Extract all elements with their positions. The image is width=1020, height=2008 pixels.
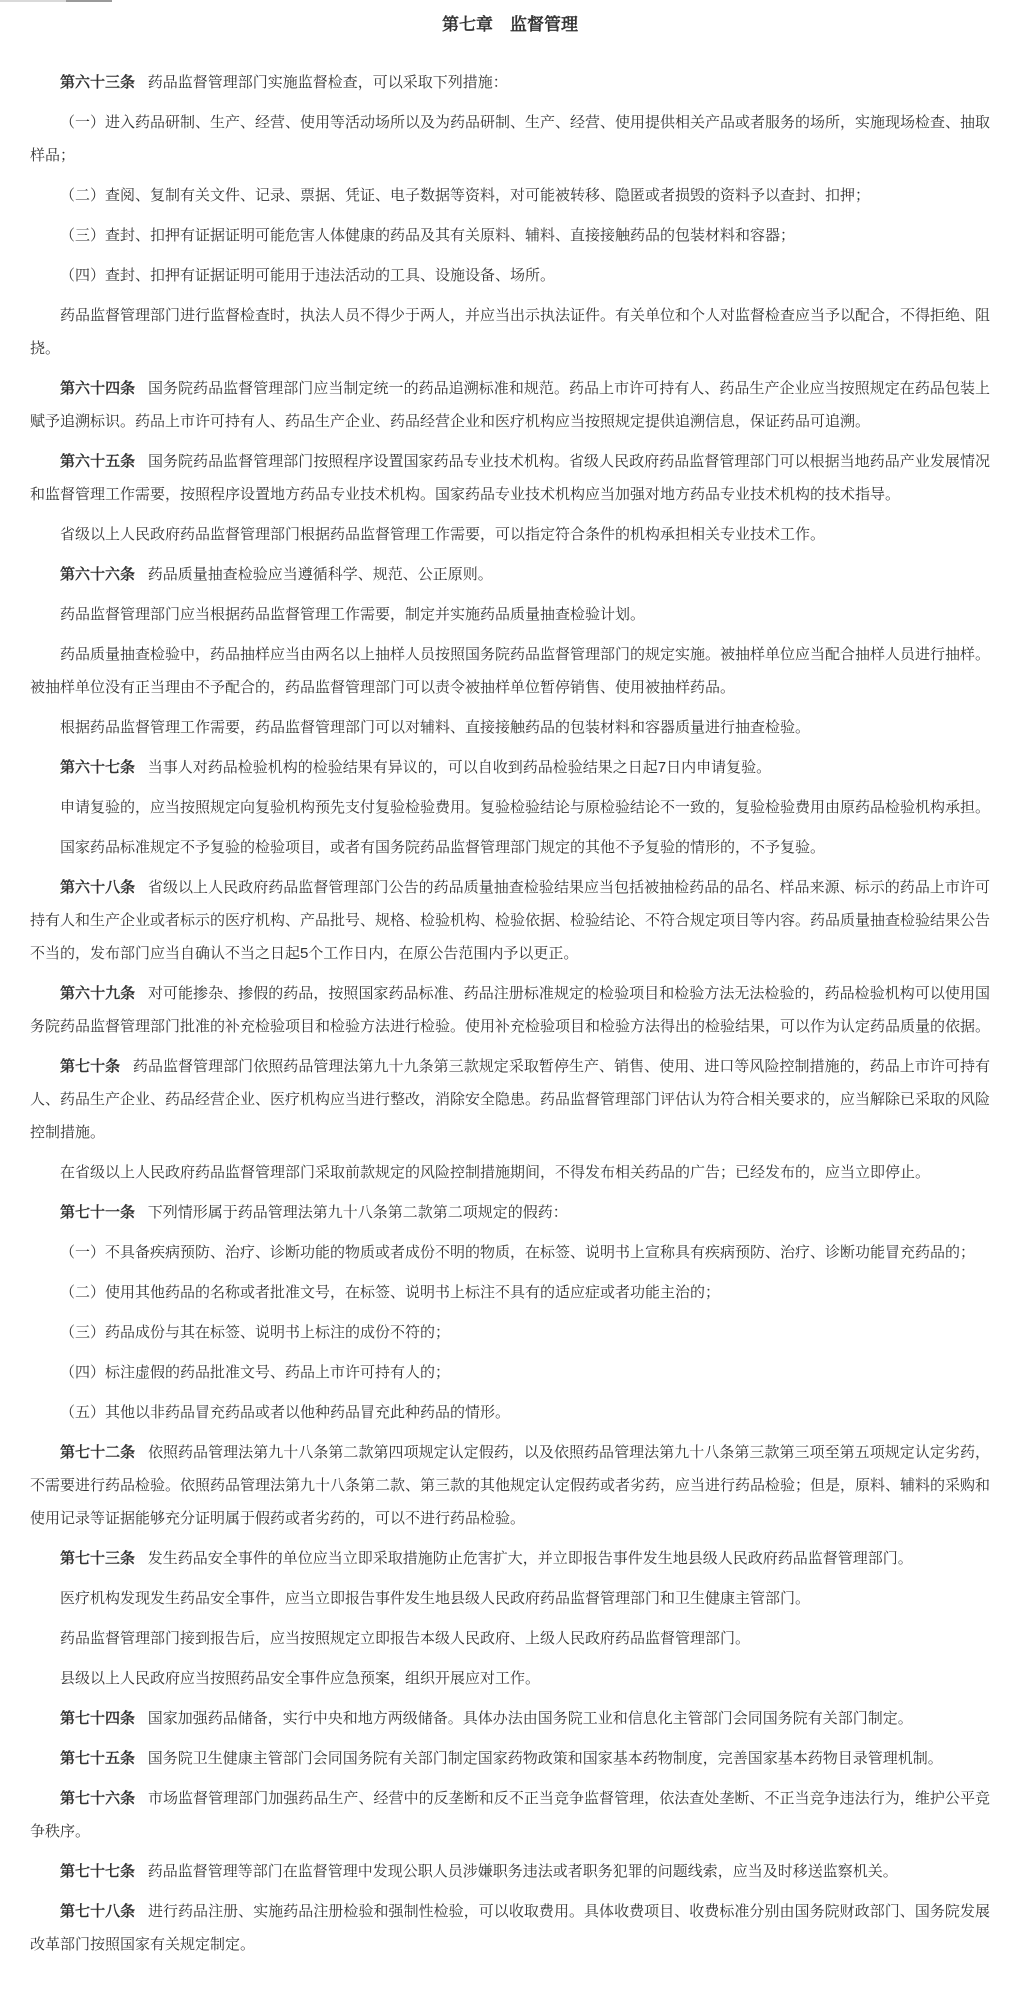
- article-number: 第七十条: [60, 1058, 120, 1075]
- paragraph-text: 国务院药品监督管理部门应当制定统一的药品追溯标准和规范。药品上市许可持有人、药品…: [30, 380, 990, 430]
- paragraph-text: （一）不具备疾病预防、治疗、诊断功能的物质或者成份不明的物质，在标签、说明书上宣…: [60, 1244, 975, 1261]
- article-paragraph: 第六十四条国务院药品监督管理部门应当制定统一的药品追溯标准和规范。药品上市许可持…: [30, 372, 990, 438]
- article-number: 第七十八条: [60, 1903, 135, 1920]
- article-paragraph: 第六十八条省级以上人民政府药品监督管理部门公告的药品质量抽查检验结果应当包括被抽…: [30, 871, 990, 970]
- paragraph: （四）查封、扣押有证据证明可能用于违法活动的工具、设施设备、场所。: [30, 259, 990, 292]
- paragraph: （五）其他以非药品冒充药品或者以他种药品冒充此种药品的情形。: [30, 1396, 990, 1429]
- paragraph-text: （四）查封、扣押有证据证明可能用于违法活动的工具、设施设备、场所。: [60, 267, 555, 284]
- paragraph: 县级以上人民政府应当按照药品安全事件应急预案，组织开展应对工作。: [30, 1662, 990, 1695]
- page-edge-artifact: [0, 0, 112, 2]
- article-number: 第七十七条: [60, 1863, 135, 1880]
- page-edge-artifact-dark-segment: [66, 0, 112, 2]
- paragraph: （一）进入药品研制、生产、经营、使用等活动场所以及为药品研制、生产、经营、使用提…: [30, 106, 990, 172]
- article-paragraph: 第七十七条药品监督管理等部门在监督管理中发现公职人员涉嫌职务违法或者职务犯罪的问…: [30, 1855, 990, 1888]
- paragraph: 省级以上人民政府药品监督管理部门根据药品监督管理工作需要，可以指定符合条件的机构…: [30, 518, 990, 551]
- paragraph-text: 依照药品管理法第九十八条第二款第四项规定认定假药，以及依照药品管理法第九十八条第…: [30, 1444, 990, 1527]
- paragraph-text: 国家药品标准规定不予复验的检验项目，或者有国务院药品监督管理部门规定的其他不予复…: [60, 839, 825, 856]
- article-number: 第七十三条: [60, 1550, 135, 1567]
- article-paragraph: 第六十七条当事人对药品检验机构的检验结果有异议的，可以自收到药品检验结果之日起7…: [30, 751, 990, 784]
- paragraph-text: 药品监督管理部门依照药品管理法第九十九条第三款规定采取暂停生产、销售、使用、进口…: [30, 1058, 990, 1141]
- article-number: 第六十六条: [60, 566, 135, 583]
- paragraph-text: （三）查封、扣押有证据证明可能危害人体健康的药品及其有关原料、辅料、直接接触药品…: [60, 227, 795, 244]
- article-number: 第六十四条: [60, 380, 135, 397]
- paragraph: （三）查封、扣押有证据证明可能危害人体健康的药品及其有关原料、辅料、直接接触药品…: [30, 219, 990, 252]
- paragraph-text: 根据药品监督管理工作需要，药品监督管理部门可以对辅料、直接接触药品的包装材料和容…: [60, 719, 810, 736]
- article-paragraph: 第七十一条下列情形属于药品管理法第九十八条第二款第二项规定的假药：: [30, 1196, 990, 1229]
- paragraph-text: 发生药品安全事件的单位应当立即采取措施防止危害扩大，并立即报告事件发生地县级人民…: [148, 1550, 913, 1567]
- article-number: 第六十八条: [60, 879, 135, 896]
- article-number: 第七十一条: [60, 1204, 135, 1221]
- paragraph-text: 国家加强药品储备，实行中央和地方两级储备。具体办法由国务院工业和信息化主管部门会…: [148, 1710, 913, 1727]
- paragraph: 药品监督管理部门进行监督检查时，执法人员不得少于两人，并应当出示执法证件。有关单…: [30, 299, 990, 365]
- paragraph: （四）标注虚假的药品批准文号、药品上市许可持有人的；: [30, 1356, 990, 1389]
- article-paragraph: 第六十三条药品监督管理部门实施监督检查，可以采取下列措施：: [30, 66, 990, 99]
- paragraph-text: 省级以上人民政府药品监督管理部门根据药品监督管理工作需要，可以指定符合条件的机构…: [60, 526, 825, 543]
- paragraph-text: 药品监督管理部门接到报告后，应当按照规定立即报告本级人民政府、上级人民政府药品监…: [60, 1630, 750, 1647]
- paragraph-text: （二）查阅、复制有关文件、记录、票据、凭证、电子数据等资料，对可能被转移、隐匿或…: [60, 187, 870, 204]
- paragraph-text: （一）进入药品研制、生产、经营、使用等活动场所以及为药品研制、生产、经营、使用提…: [30, 114, 990, 164]
- article-paragraph: 第六十六条药品质量抽查检验应当遵循科学、规范、公正原则。: [30, 558, 990, 591]
- document-page: 第七章 监督管理 第六十三条药品监督管理部门实施监督检查，可以采取下列措施：（一…: [0, 0, 1020, 2008]
- paragraph: 申请复验的，应当按照规定向复验机构预先支付复验检验费用。复验检验结论与原检验结论…: [30, 791, 990, 824]
- article-number: 第七十二条: [60, 1444, 135, 1461]
- article-number: 第七十四条: [60, 1710, 135, 1727]
- paragraph-text: 当事人对药品检验机构的检验结果有异议的，可以自收到药品检验结果之日起7日内申请复…: [148, 759, 771, 776]
- paragraph-text: 申请复验的，应当按照规定向复验机构预先支付复验检验费用。复验检验结论与原检验结论…: [60, 799, 990, 816]
- paragraph: （二）使用其他药品的名称或者批准文号，在标签、说明书上标注不具有的适应症或者功能…: [30, 1276, 990, 1309]
- paragraph-text: （二）使用其他药品的名称或者批准文号，在标签、说明书上标注不具有的适应症或者功能…: [60, 1284, 720, 1301]
- chapter-title: 第七章 监督管理: [0, 8, 1020, 42]
- article-paragraph: 第七十五条国务院卫生健康主管部门会同国务院有关部门制定国家药物政策和国家基本药物…: [30, 1742, 990, 1775]
- article-number: 第六十五条: [60, 453, 135, 470]
- article-paragraph: 第七十八条进行药品注册、实施药品注册检验和强制性检验，可以收取费用。具体收费项目…: [30, 1895, 990, 1961]
- paragraph-text: 药品监督管理部门实施监督检查，可以采取下列措施：: [148, 74, 508, 91]
- paragraph: 根据药品监督管理工作需要，药品监督管理部门可以对辅料、直接接触药品的包装材料和容…: [30, 711, 990, 744]
- paragraph: （三）药品成份与其在标签、说明书上标注的成份不符的；: [30, 1316, 990, 1349]
- paragraph-text: 省级以上人民政府药品监督管理部门公告的药品质量抽查检验结果应当包括被抽检药品的品…: [30, 879, 990, 962]
- article-number: 第七十五条: [60, 1750, 135, 1767]
- paragraph-text: 医疗机构发现发生药品安全事件，应当立即报告事件发生地县级人民政府药品监督管理部门…: [60, 1590, 810, 1607]
- article-number: 第六十三条: [60, 74, 135, 91]
- paragraph-text: 药品监督管理等部门在监督管理中发现公职人员涉嫌职务违法或者职务犯罪的问题线索，应…: [148, 1863, 898, 1880]
- article-body: 第六十三条药品监督管理部门实施监督检查，可以采取下列措施：（一）进入药品研制、生…: [0, 66, 1020, 2008]
- paragraph-text: （五）其他以非药品冒充药品或者以他种药品冒充此种药品的情形。: [60, 1404, 510, 1421]
- article-paragraph: 第七十六条市场监督管理部门加强药品生产、经营中的反垄断和反不正当竞争监督管理，依…: [30, 1782, 990, 1848]
- article-paragraph: 第七十二条依照药品管理法第九十八条第二款第四项规定认定假药，以及依照药品管理法第…: [30, 1436, 990, 1535]
- article-paragraph: 第六十九条对可能掺杂、掺假的药品，按照国家药品标准、药品注册标准规定的检验项目和…: [30, 977, 990, 1043]
- paragraph-text: 对可能掺杂、掺假的药品，按照国家药品标准、药品注册标准规定的检验项目和检验方法无…: [30, 985, 990, 1035]
- paragraph: 药品监督管理部门应当根据药品监督管理工作需要，制定并实施药品质量抽查检验计划。: [30, 598, 990, 631]
- paragraph: 药品监督管理部门接到报告后，应当按照规定立即报告本级人民政府、上级人民政府药品监…: [30, 1622, 990, 1655]
- article-number: 第六十七条: [60, 759, 135, 776]
- paragraph-text: 国务院卫生健康主管部门会同国务院有关部门制定国家药物政策和国家基本药物制度，完善…: [148, 1750, 943, 1767]
- paragraph-text: 药品监督管理部门应当根据药品监督管理工作需要，制定并实施药品质量抽查检验计划。: [60, 606, 645, 623]
- paragraph-text: 药品质量抽查检验中，药品抽样应当由两名以上抽样人员按照国务院药品监督管理部门的规…: [30, 646, 990, 696]
- paragraph-text: （四）标注虚假的药品批准文号、药品上市许可持有人的；: [60, 1364, 450, 1381]
- paragraph-text: 下列情形属于药品管理法第九十八条第二款第二项规定的假药：: [148, 1204, 568, 1221]
- paragraph-text: 国务院药品监督管理部门按照程序设置国家药品专业技术机构。省级人民政府药品监督管理…: [30, 453, 990, 503]
- article-paragraph: 第七十条药品监督管理部门依照药品管理法第九十九条第三款规定采取暂停生产、销售、使…: [30, 1050, 990, 1149]
- paragraph: 医疗机构发现发生药品安全事件，应当立即报告事件发生地县级人民政府药品监督管理部门…: [30, 1582, 990, 1615]
- article-number: 第七十六条: [60, 1790, 135, 1807]
- article-number: 第六十九条: [60, 985, 135, 1002]
- paragraph: 国家药品标准规定不予复验的检验项目，或者有国务院药品监督管理部门规定的其他不予复…: [30, 831, 990, 864]
- article-paragraph: 第七十三条发生药品安全事件的单位应当立即采取措施防止危害扩大，并立即报告事件发生…: [30, 1542, 990, 1575]
- paragraph-text: 药品质量抽查检验应当遵循科学、规范、公正原则。: [148, 566, 493, 583]
- paragraph: 在省级以上人民政府药品监督管理部门采取前款规定的风险控制措施期间，不得发布相关药…: [30, 1156, 990, 1189]
- article-paragraph: 第七十四条国家加强药品储备，实行中央和地方两级储备。具体办法由国务院工业和信息化…: [30, 1702, 990, 1735]
- paragraph: 药品质量抽查检验中，药品抽样应当由两名以上抽样人员按照国务院药品监督管理部门的规…: [30, 638, 990, 704]
- paragraph: （一）不具备疾病预防、治疗、诊断功能的物质或者成份不明的物质，在标签、说明书上宣…: [30, 1236, 990, 1269]
- paragraph-text: 药品监督管理部门进行监督检查时，执法人员不得少于两人，并应当出示执法证件。有关单…: [30, 307, 990, 357]
- article-paragraph: 第六十五条国务院药品监督管理部门按照程序设置国家药品专业技术机构。省级人民政府药…: [30, 445, 990, 511]
- paragraph-text: 在省级以上人民政府药品监督管理部门采取前款规定的风险控制措施期间，不得发布相关药…: [60, 1164, 930, 1181]
- paragraph-text: 进行药品注册、实施药品注册检验和强制性检验，可以收取费用。具体收费项目、收费标准…: [30, 1903, 990, 1953]
- paragraph: （二）查阅、复制有关文件、记录、票据、凭证、电子数据等资料，对可能被转移、隐匿或…: [30, 179, 990, 212]
- paragraph-text: 县级以上人民政府应当按照药品安全事件应急预案，组织开展应对工作。: [60, 1670, 540, 1687]
- paragraph-text: 市场监督管理部门加强药品生产、经营中的反垄断和反不正当竞争监督管理，依法查处垄断…: [30, 1790, 990, 1840]
- paragraph-text: （三）药品成份与其在标签、说明书上标注的成份不符的；: [60, 1324, 450, 1341]
